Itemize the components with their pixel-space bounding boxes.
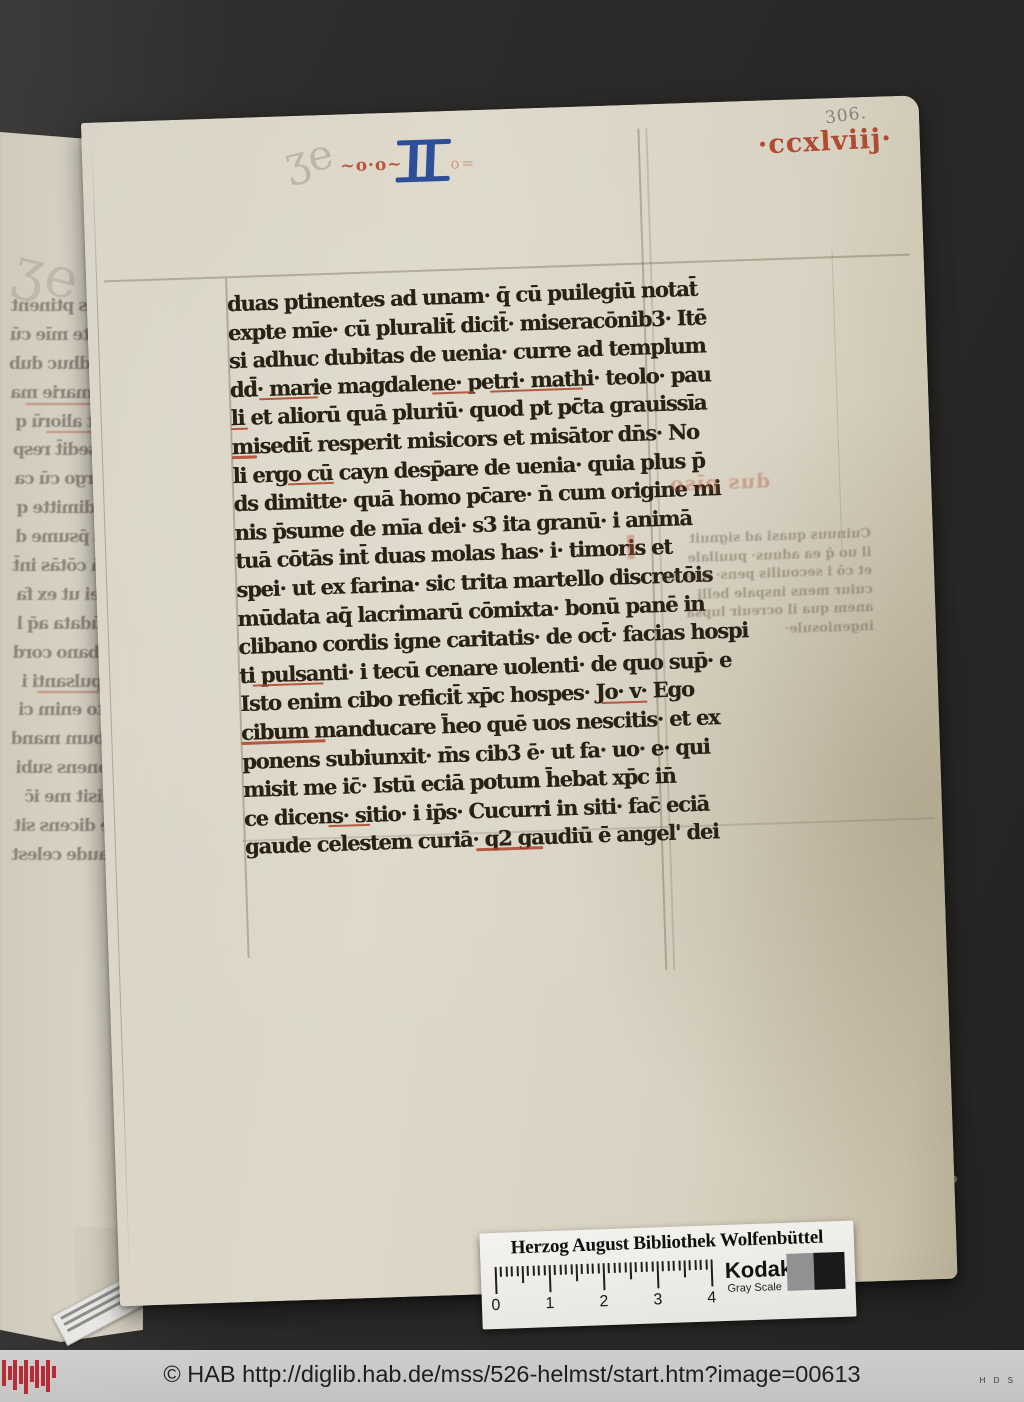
- registration-bar: [30, 1366, 34, 1382]
- ruler-tick: [700, 1260, 702, 1270]
- registration-bar: [41, 1366, 45, 1386]
- red-folio-number: ·ccxlviij·: [757, 123, 892, 161]
- corner-code: H D S: [980, 1376, 1016, 1385]
- red-registration-mark: [2, 1358, 62, 1400]
- ruler-tick: [554, 1265, 556, 1275]
- ruler-tick: [635, 1262, 637, 1272]
- kodak-grayscale-label: Herzog August Bibliothek Wolfenbüttel 01…: [479, 1221, 856, 1330]
- ruler-tick: [559, 1265, 561, 1275]
- ruler-number: 2: [597, 1293, 612, 1311]
- ruler-tick: [549, 1265, 552, 1292]
- ruler-tick: [705, 1260, 707, 1270]
- ruler-tick: [640, 1262, 642, 1272]
- ruler-tick: [646, 1262, 648, 1272]
- ruler-number: 4: [705, 1289, 720, 1307]
- ruler-tick: [532, 1266, 534, 1276]
- ruler-tick: [565, 1265, 567, 1275]
- ruler-tick: [710, 1259, 713, 1286]
- ruler-tick: [694, 1260, 696, 1270]
- ruler-tick: [570, 1264, 572, 1274]
- ruler-number: 3: [651, 1291, 666, 1309]
- registration-bar: [2, 1360, 6, 1386]
- caption-bar: © HAB http://diglib.hab.de/mss/526-helms…: [0, 1350, 1024, 1402]
- registration-bar: [13, 1360, 17, 1390]
- ruler-tick: [662, 1261, 664, 1271]
- text-block: duas ptinentes ad unam· q̄ cū puilegiū n…: [226, 276, 665, 861]
- ruler-tick: [667, 1261, 669, 1271]
- ruler-tick: [657, 1261, 660, 1288]
- gray-patch: [786, 1253, 814, 1291]
- bleedthrough-line: gaude celest: [2, 841, 120, 870]
- bleedthrough-line: ce dicens sit: [2, 812, 120, 841]
- ruler-tick: [522, 1266, 525, 1283]
- ruler-number: 0: [489, 1297, 504, 1315]
- ruler-tick: [516, 1266, 518, 1276]
- red-underline-showthrough: [37, 691, 105, 693]
- ruler-tick: [684, 1260, 687, 1277]
- digitized-manuscript-viewer: ʒe duas ptinentexpte mīe cūsi adhuc dubd…: [0, 0, 1024, 1402]
- pencil-scribble: ʒe: [279, 128, 338, 187]
- registration-bar: [46, 1360, 50, 1392]
- ruler-tick: [597, 1263, 599, 1273]
- kodak-gray-scale-text: Gray Scale: [727, 1281, 782, 1295]
- registration-bar: [19, 1366, 23, 1384]
- registration-bar: [24, 1360, 28, 1394]
- ruling-line-vertical: [831, 250, 842, 550]
- ruler-tick: [603, 1263, 606, 1290]
- ruler-tick: [592, 1264, 594, 1274]
- ruler-tick: [678, 1261, 680, 1271]
- ruler-tick: [527, 1266, 529, 1276]
- red-penwork-tail: o=: [450, 154, 476, 173]
- manuscript-page: 306. ·ccxlviij· ʒe ~o·o~ o= duas ptinent…: [81, 95, 958, 1306]
- copyright-url: © HAB http://diglib.hab.de/mss/526-helms…: [0, 1361, 1024, 1388]
- ruler-tick: [673, 1261, 675, 1271]
- ruler-tick: [500, 1267, 502, 1277]
- kodak-brand: Kodak: [724, 1256, 792, 1284]
- blue-numeral-II: [400, 139, 448, 183]
- ruler-tick: [511, 1266, 513, 1276]
- ruler-tick: [624, 1262, 626, 1272]
- right-bleedthrough-text: Cuinuus quasi ad signuitil uo q̄ ea aduu…: [637, 525, 875, 644]
- ruler-tick: [613, 1263, 615, 1273]
- red-initial-showthrough: [627, 535, 635, 559]
- ruler-tick: [495, 1267, 498, 1294]
- registration-bar: [35, 1360, 39, 1388]
- black-patch: [813, 1252, 845, 1290]
- registration-bar: [52, 1366, 56, 1378]
- ruler-tick: [576, 1264, 579, 1281]
- registration-bar: [8, 1366, 12, 1380]
- ruler-tick: [586, 1264, 588, 1274]
- ruler-number: 1: [543, 1295, 558, 1313]
- right-bleedthrough-rubric: dus pīso: [669, 468, 771, 495]
- ruler-tick: [689, 1260, 691, 1270]
- ruler-tick: [630, 1262, 633, 1279]
- ruler-tick: [581, 1264, 583, 1274]
- ruler-tick: [538, 1265, 540, 1275]
- ruler-tick: [619, 1263, 621, 1273]
- red-penwork-flourish: ~o·o~: [340, 154, 403, 176]
- ruler-tick: [543, 1265, 545, 1275]
- ruler-tick: [651, 1262, 653, 1272]
- ruler-tick: [505, 1267, 507, 1277]
- running-header-ornament: ʒe ~o·o~ o=: [281, 123, 563, 202]
- ruler-tick: [608, 1263, 610, 1273]
